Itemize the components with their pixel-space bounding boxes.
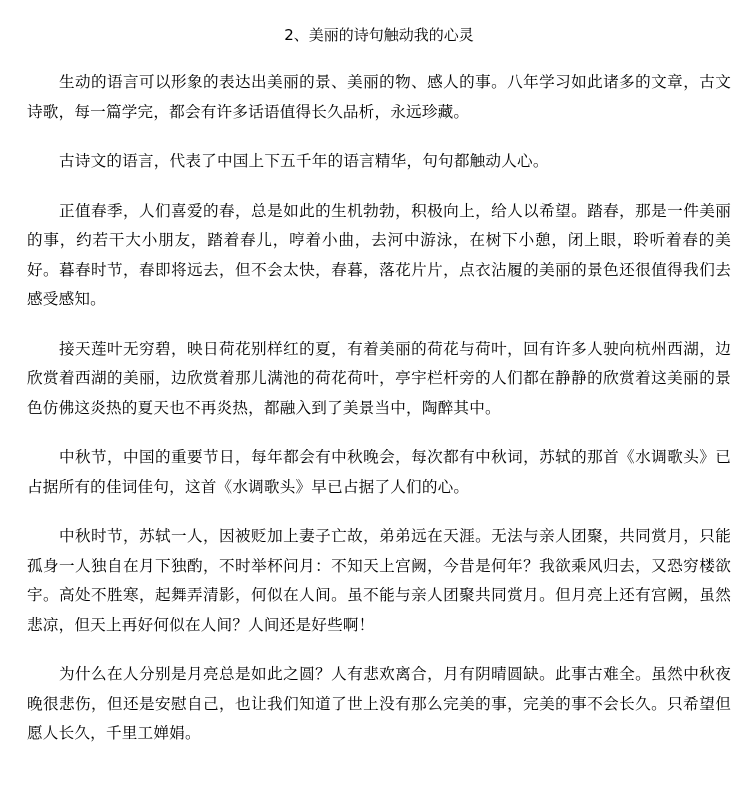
paragraph-su-shi: 中秋时节，苏轼一人，因被贬加上妻子亡故，弟弟远在天涯。无法与亲人团聚，共同赏月，…	[27, 522, 731, 640]
document-title: 2、美丽的诗句触动我的心灵	[27, 0, 731, 46]
paragraph-ancient-poetry: 古诗文的语言，代表了中国上下五千年的语言精华，句句都触动人心。	[27, 147, 731, 177]
paragraph-spring: 正值春季，人们喜爱的春，总是如此的生机勃勃，积极向上，给人以希望。踏春，那是一件…	[27, 197, 731, 315]
paragraph-summer: 接天莲叶无穷碧，映日荷花别样红的夏，有着美丽的荷花与荷叶，回有许多人驶向杭州西湖…	[27, 335, 731, 424]
paragraph-intro: 生动的语言可以形象的表达出美丽的景、美丽的物、感人的事。八年学习如此诸多的文章，…	[27, 68, 731, 127]
paragraph-mid-autumn: 中秋节，中国的重要节日，每年都会有中秋晚会，每次都有中秋词，苏轼的那首《水调歌头…	[27, 443, 731, 502]
document-body: 2、美丽的诗句触动我的心灵 生动的语言可以形象的表达出美丽的景、美丽的物、感人的…	[27, 0, 731, 749]
paragraph-moon: 为什么在人分别是月亮总是如此之圆？人有悲欢离合，月有阴晴圆缺。此事古难全。虽然中…	[27, 660, 731, 749]
